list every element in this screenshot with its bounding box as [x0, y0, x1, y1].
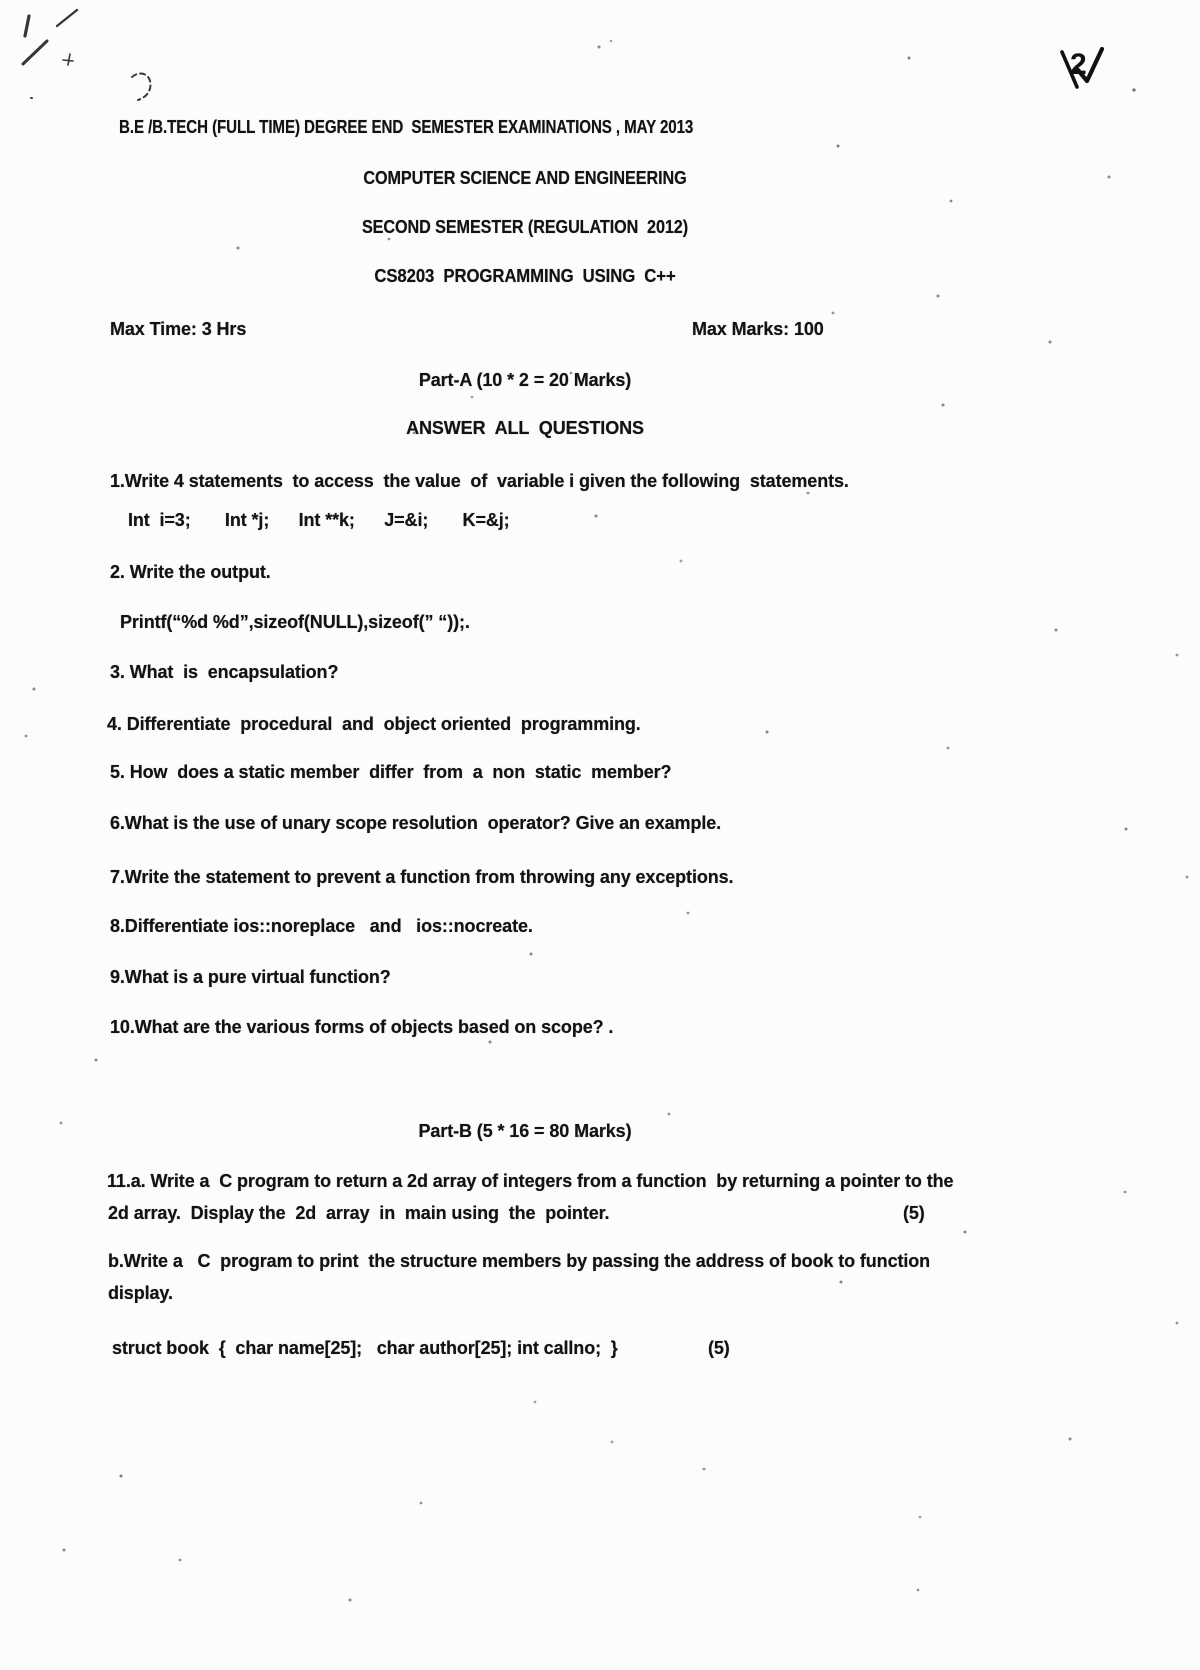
question-11a-line1: 11.a. Write a C program to return a 2d a…	[107, 1170, 953, 1193]
question-6: 6.What is the use of unary scope resolut…	[110, 812, 721, 835]
pen-stroke-icon	[63, 54, 73, 65]
grade-mark-digit: 2	[1070, 48, 1087, 81]
question-11b-line2: display.	[108, 1282, 173, 1305]
scan-artifacts-overlay: 2	[0, 0, 1200, 1670]
exam-title: B.E /B.TECH (FULL TIME) DEGREE END SEMES…	[119, 116, 693, 139]
part-a-heading: Part-A (10 * 2 = 20 Marks)	[145, 369, 905, 392]
subject-code-title: CS8203 PROGRAMMING USING C++	[172, 265, 879, 288]
question-5: 5. How does a static member differ from …	[110, 761, 671, 784]
question-1-code: Int i=3; Int *j; Int **k; J=&i; K=&j;	[128, 509, 510, 532]
question-8: 8.Differentiate ios::noreplace and ios::…	[110, 915, 533, 938]
question-4: 4. Differentiate procedural and object o…	[107, 713, 641, 736]
semester-info: SECOND SEMESTER (REGULATION 2012)	[183, 216, 867, 239]
pen-slash-icon	[1062, 52, 1077, 87]
part-b-heading: Part-B (5 * 16 = 80 Marks)	[145, 1120, 905, 1143]
course-name: COMPUTER SCIENCE AND ENGINEERING	[183, 167, 867, 190]
pen-stroke-icon	[23, 41, 47, 64]
question-2: 2. Write the output.	[110, 561, 271, 584]
handwritten-grade-mark: 2	[1062, 48, 1102, 87]
struct-book-code: struct book { char name[25]; char author…	[112, 1337, 618, 1360]
pen-stroke-icon	[25, 16, 29, 36]
checkmark-icon	[1078, 49, 1102, 81]
question-11a-marks: (5)	[903, 1202, 925, 1225]
scan-speckles	[0, 0, 2, 2]
max-time-label: Max Time: 3 Hrs	[110, 318, 246, 341]
question-11b-line1: b.Write a C program to print the structu…	[108, 1250, 930, 1273]
max-marks-label: Max Marks: 100	[692, 318, 824, 341]
question-10: 10.What are the various forms of objects…	[110, 1016, 613, 1039]
question-9: 9.What is a pure virtual function?	[110, 966, 391, 989]
question-1: 1.Write 4 statements to access the value…	[110, 470, 849, 493]
question-11b-marks: (5)	[708, 1337, 730, 1360]
question-11a-line2: 2d array. Display the 2d array in main u…	[108, 1202, 609, 1225]
question-2-code: Printf(“%d %d”,sizeof(NULL),sizeof(” “))…	[120, 611, 470, 634]
scanned-exam-page: 2 B.E /B.TECH (FULL TIME) DEGREE END SEM…	[0, 0, 1200, 1670]
scan-curl-icon	[132, 74, 150, 100]
pen-stroke-icon	[57, 10, 77, 26]
ink-dot-icon	[31, 47, 41, 98]
question-3: 3. What is encapsulation?	[110, 661, 338, 684]
question-7: 7.Write the statement to prevent a funct…	[110, 866, 733, 889]
answer-all-instruction: ANSWER ALL QUESTIONS	[145, 417, 905, 440]
